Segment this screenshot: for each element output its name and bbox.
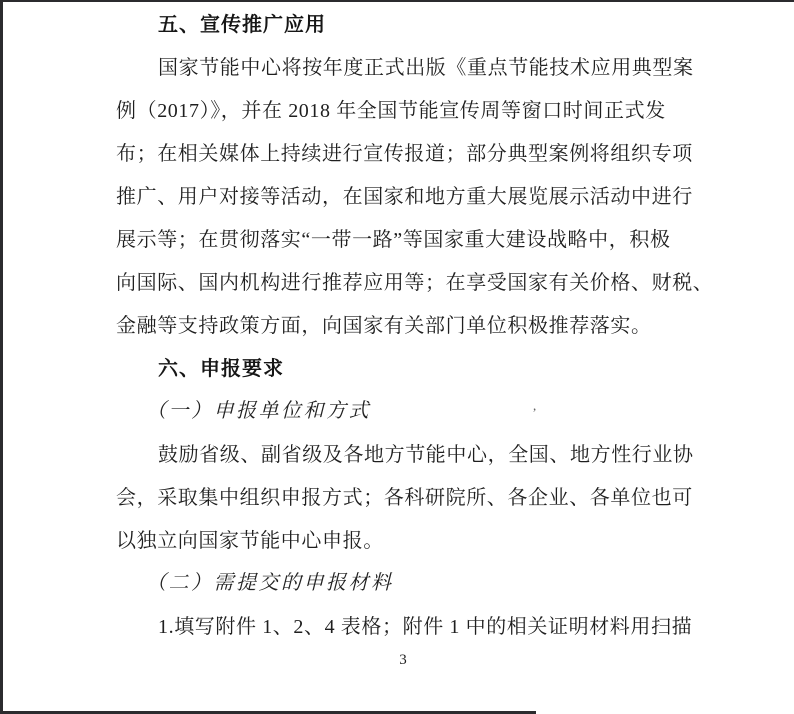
paragraph-line: 例（2017）》，并在 2018 年全国节能宣传周等窗口时间正式发 [116, 99, 666, 123]
scan-edge-top [0, 0, 794, 2]
page-number: 3 [116, 652, 690, 669]
paragraph-line: 金融等支持政策方面，向国家有关部门单位积极推荐落实。 [116, 314, 652, 338]
paragraph-line: 会，采取集中组织申报方式；各科研院所、各企业、各单位也可 [116, 486, 693, 510]
paragraph-line: 1.填写附件 1、2、4 表格；附件 1 中的相关证明材料用扫描 [158, 615, 692, 639]
paragraph-line: 展示等；在贯彻落实“一带一路”等国家重大建设战略中，积极 [116, 228, 671, 252]
sub-heading-1: （一）申报单位和方式 [146, 399, 371, 423]
scan-speck-artifact: , [533, 398, 536, 414]
paragraph-line: 国家节能中心将按年度正式出版《重点节能技术应用典型案 [158, 56, 694, 80]
sub-heading-2: （二）需提交的申报材料 [146, 571, 394, 595]
scan-edge-left [0, 0, 3, 714]
paragraph-line: 以独立向国家节能中心申报。 [116, 529, 384, 553]
section-heading-6: 六、申报要求 [158, 357, 284, 381]
paragraph-line: 推广、用户对接等活动，在国家和地方重大展览展示活动中进行 [116, 185, 693, 209]
paragraph-line: 鼓励省级、副省级及各地方节能中心，全国、地方性行业协 [158, 443, 694, 467]
document-page: 五、宣传推广应用 国家节能中心将按年度正式出版《重点节能技术应用典型案 例（20… [0, 0, 794, 714]
section-heading-5: 五、宣传推广应用 [158, 13, 326, 37]
paragraph-line: 向国际、国内机构进行推荐应用等；在享受国家有关价格、财税、 [116, 271, 713, 295]
paragraph-line: 布；在相关媒体上持续进行宣传报道；部分典型案例将组织专项 [116, 142, 693, 166]
